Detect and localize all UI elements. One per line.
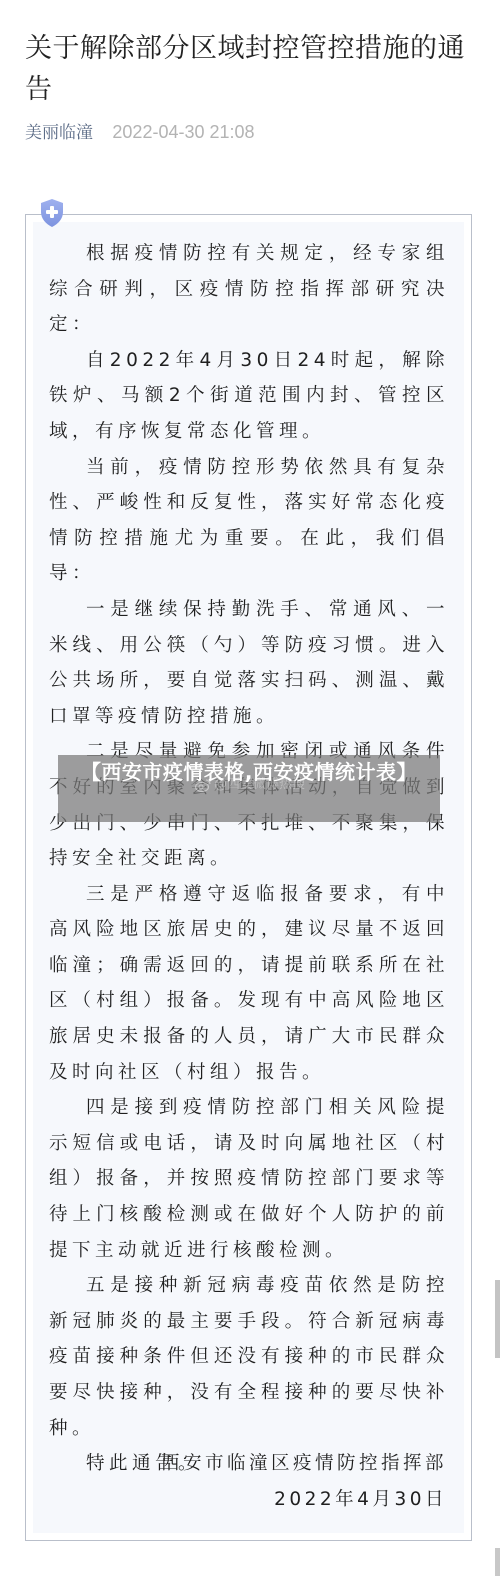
notice-paragraph: 三是严格遵守返临报备要求，有中高风险地区旅居史的，建议尽量不返回临潼；确需返回的… bbox=[49, 877, 449, 1091]
weibo-icon bbox=[195, 778, 211, 792]
notice-paragraph: 五是接种新冠病毒疫苗依然是防控新冠肺炎的最主要手段。符合新冠病毒疫苗接种条件但还… bbox=[49, 1268, 449, 1446]
notice-paragraph: 根据疫情防控有关规定，经专家组综合研判，区疫情防控指挥部研究决定： bbox=[49, 236, 449, 343]
signature-date: 2022年4月30日 bbox=[161, 1482, 447, 1518]
article-title: 关于解除部分区域封控管控措施的通告 bbox=[25, 28, 465, 110]
watermark-text: @西安微博热搜 bbox=[214, 776, 305, 794]
article-meta: 美丽临潼 2022-04-30 21:08 bbox=[25, 120, 255, 145]
author-name[interactable]: 美丽临潼 bbox=[25, 123, 93, 143]
notice-paragraph: 当前，疫情防控形势依然具有复杂性、严峻性和反复性，落实好常态化疫情防控措施尤为重… bbox=[49, 450, 449, 592]
scrollbar-thumb[interactable] bbox=[495, 1280, 500, 1358]
shield-plus-icon bbox=[39, 198, 65, 228]
notice-paragraph: 四是接到疫情防控部门相关风险提示短信或电话，请及时向属地社区（村组）报备，并按照… bbox=[49, 1090, 449, 1268]
notice-body: 根据疫情防控有关规定，经专家组综合研判，区疫情防控指挥部研究决定： 自2022年… bbox=[49, 236, 449, 1482]
watermark: @西安微博热搜 bbox=[195, 776, 305, 794]
notice-paragraph: 自2022年4月30日24时起，解除铁炉、马额2个街道范围内封、管控区域，有序恢… bbox=[49, 343, 449, 450]
publish-time: 2022-04-30 21:08 bbox=[112, 122, 254, 142]
notice-paragraph: 一是继续保持勤洗手、常通风、一米线、用公筷（勺）等防疫习惯。进入公共场所，要自觉… bbox=[49, 592, 449, 734]
signature-org: 西安市临潼区疫情防控指挥部 bbox=[161, 1446, 447, 1482]
scrollbar-thumb-secondary[interactable] bbox=[495, 1548, 500, 1576]
signature: 西安市临潼区疫情防控指挥部 2022年4月30日 bbox=[161, 1446, 447, 1518]
